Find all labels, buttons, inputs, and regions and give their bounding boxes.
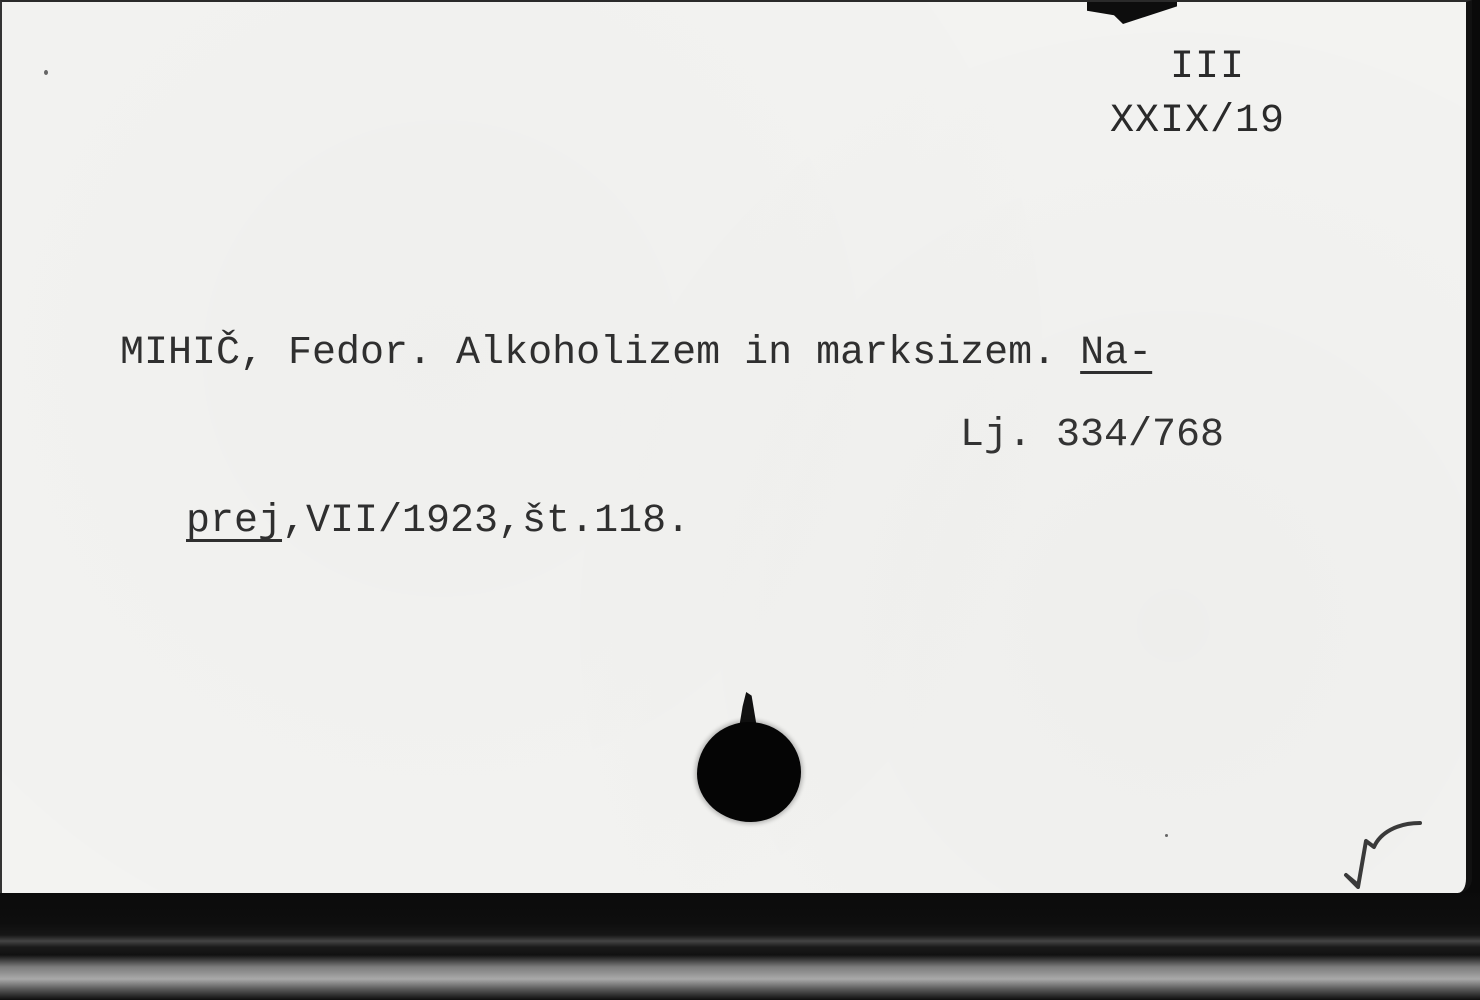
entry-author-title: MIHIČ, Fedor. Alkoholizem in marksizem. [120,331,1080,376]
check-mark-icon [1342,817,1432,897]
classmark-line2: XXIX/19 [1110,102,1285,142]
entry-journal-part2: prej [186,499,282,544]
card-drawer-edge [0,893,1480,1000]
entry-journal-part1: Na- [1080,331,1152,376]
punch-hole [697,722,801,822]
scan-scene: III XXIX/19 MIHIČ, Fedor. Alkoholizem in… [0,0,1480,1000]
entry-line-2: prej,VII/1923,št.118. [120,494,1420,550]
catalog-card: III XXIX/19 MIHIČ, Fedor. Alkoholizem in… [0,0,1472,893]
entry-line-1: MIHIČ, Fedor. Alkoholizem in marksizem. … [120,326,1420,382]
paper-speck [1165,834,1168,837]
entry-issue: ,VII/1923,št.118. [282,499,690,544]
paper-speck [44,70,48,75]
bibliographic-entry: MIHIČ, Fedor. Alkoholizem in marksizem. … [120,214,1420,662]
classmark-line1: III [1170,48,1245,88]
card-clip-shadow [1087,2,1177,24]
shelfmark: Lj. 334/768 [960,416,1224,456]
